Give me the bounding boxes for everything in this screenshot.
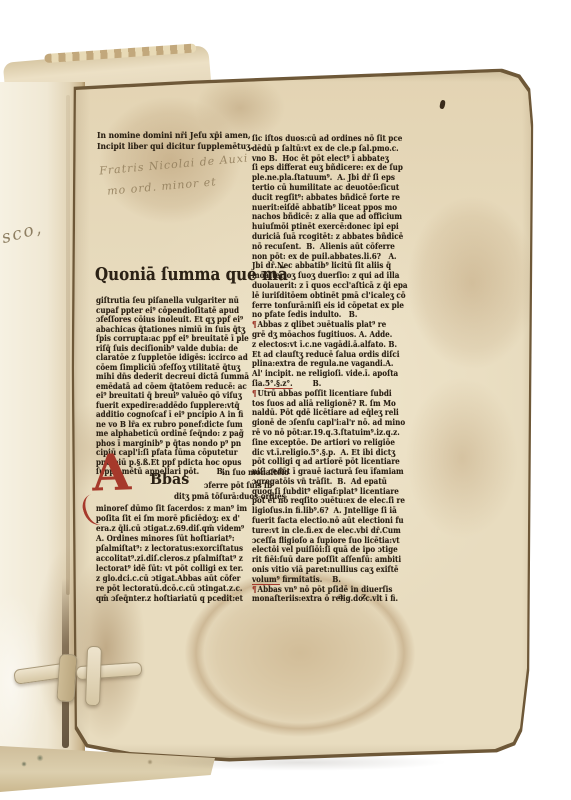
- text-line: re pōt lectoratū.dcō.c.cū ɔtingat.z.c.: [96, 583, 247, 593]
- quire-signature: a z: [338, 592, 366, 602]
- text-line: z glo.dci.c.cū ɔtigat.Abbas aūt cōfer: [96, 573, 247, 583]
- text-line: A. Ordines minores ſūt hoſtiariat⁹:: [96, 533, 247, 543]
- ink-mark: [439, 100, 446, 110]
- text-line: pſalmiſtat⁹: z lectoratus:exorciſtatus: [96, 543, 247, 553]
- vellum-tie-knot: [56, 653, 77, 702]
- pilcrow-rubric: ¶: [252, 388, 257, 398]
- text-line: era.z q̄li.cū ɔtigat.z.69.diſ.qm̄ videm⁹: [96, 523, 247, 533]
- drop-shadow: [90, 752, 510, 778]
- text-line: accolitat⁹.zi.diſ.cleros.z pſalmiſtat⁹ z: [96, 553, 247, 563]
- pilcrow-rubric: ¶: [252, 584, 257, 594]
- printed-page: In nomine domini nr̄i Jeſu xp̄i amen,Inc…: [70, 68, 536, 760]
- text-line: minoreſ dūmo ſit ſacerdos: z man⁹ im: [96, 503, 247, 513]
- abbas-entry-text: minoreſ dūmo ſit ſacerdos: z man⁹ impoſi…: [96, 503, 264, 603]
- text-line: lectorat⁹ idē ſūt: vt pōt colligi ex ter…: [96, 563, 247, 573]
- gutter-shadow: [66, 95, 70, 595]
- rubricated-initial-a: A: [91, 447, 132, 498]
- printed-header: In nomine domini nr̄i Jeſu xp̄i amen,Inc…: [97, 130, 270, 152]
- text-line: poſita ſit ei ſm morē pficiēdoʒ: ex d': [96, 513, 247, 523]
- vellum-tie-right-vertical: [85, 646, 102, 706]
- book-photo: In nomine domini nr̄i Jeſu xp̄i amen,Inc…: [0, 0, 571, 800]
- text-line: In nomine domini nr̄i Jeſu xp̄i amen,: [97, 130, 253, 141]
- text-line: qm̄ ɔſeq̄nter.z hoſtiariatū q pcedit:et: [96, 593, 247, 603]
- ownership-inscription-line-2: mo ord. minor et: [107, 175, 218, 198]
- text-line: monaſteriis:extra ō relig.do.c.vlt ī fi.: [252, 594, 407, 604]
- pilcrow-rubric: ¶: [252, 319, 257, 329]
- right-column-text: ſic iſtos duos:cū ad ordines nō ſit pced…: [252, 134, 424, 604]
- ownership-inscription-line-1: Fratris Nicolai de Auxi: [99, 152, 249, 178]
- text-line: Incipit liber qui dicitur ſupplemētuʒ.: [97, 141, 253, 152]
- abbas-headword: Bbas: [150, 470, 189, 488]
